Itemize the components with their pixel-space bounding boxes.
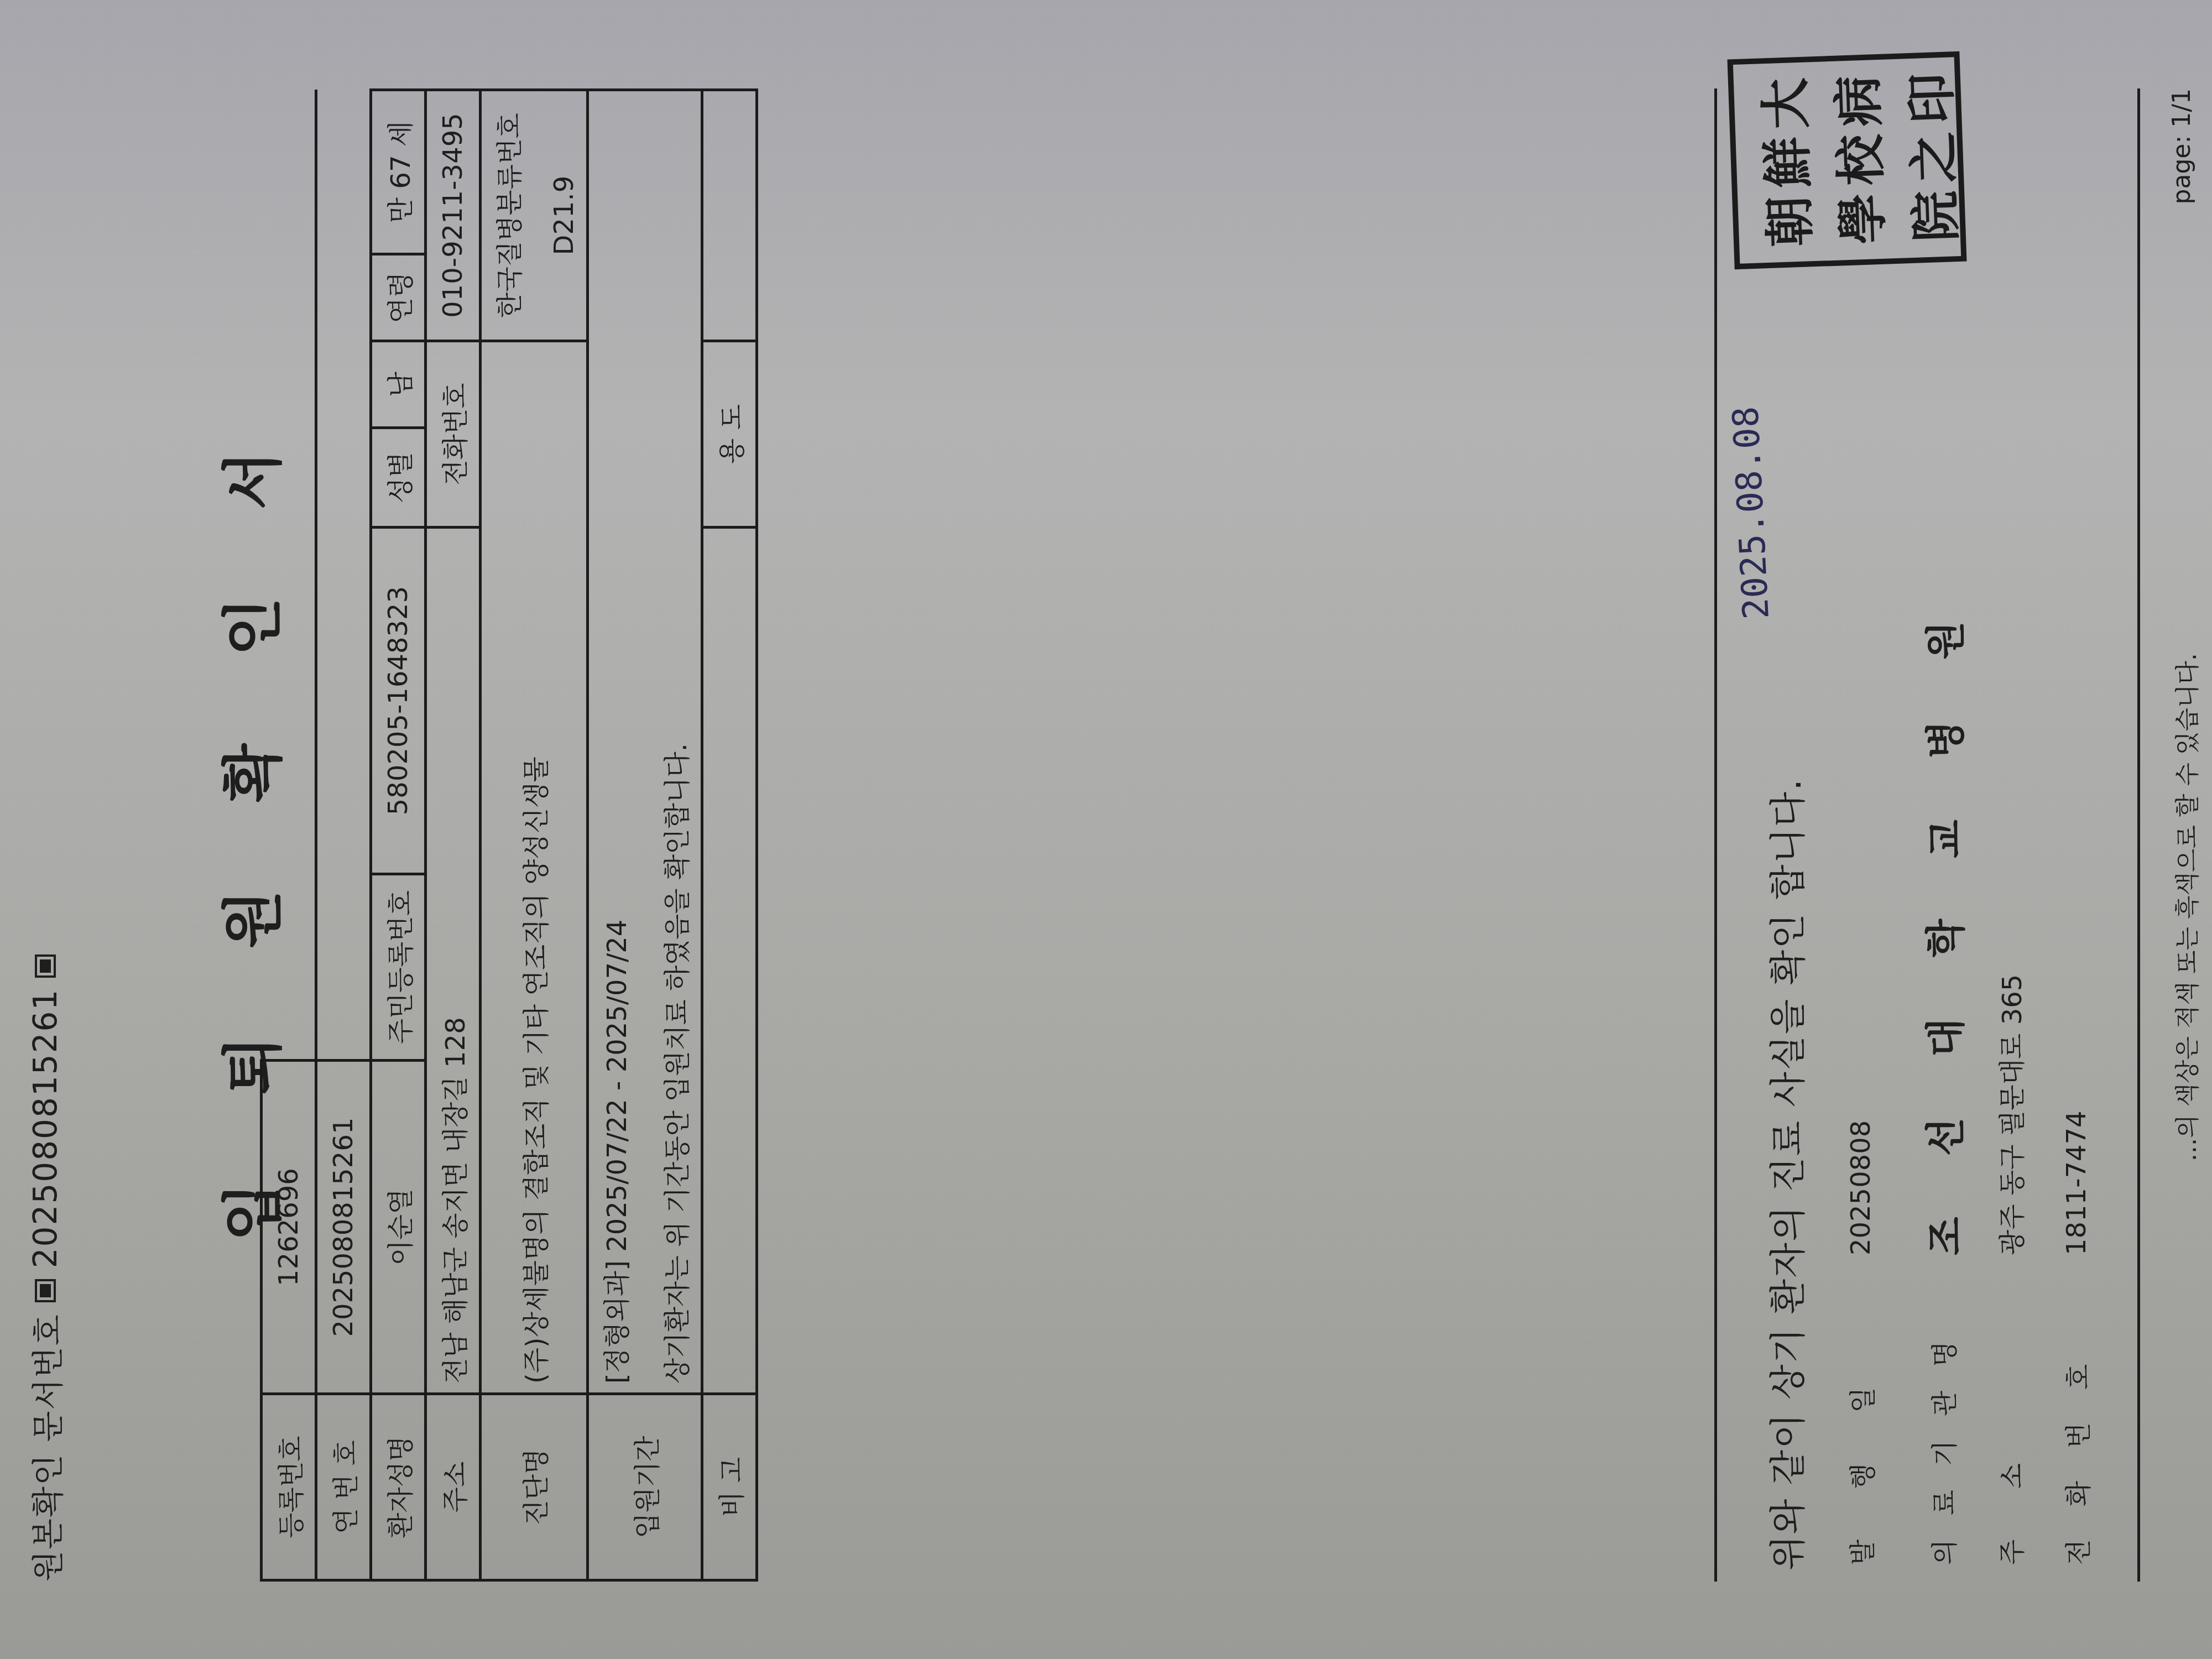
seal-char: 鮮 <box>1746 132 1822 193</box>
admission-period: 2025/07/22 - 2025/07/24 <box>602 920 633 1252</box>
seal-char: 之 <box>1892 127 1968 188</box>
admission-department: [정형외과] <box>602 1260 633 1384</box>
institution-row: 의 료 기 관 명 조선대학교병원 <box>1913 560 1971 1565</box>
purpose-label: 용 도 <box>702 341 757 528</box>
seal-char: 院 <box>1895 186 1970 247</box>
checkbox-square-icon <box>35 954 56 978</box>
phone-label: 전화번호 <box>426 341 481 528</box>
serial-label: 연 번 호 <box>316 1394 371 1580</box>
rrn-label: 주민등록번호 <box>371 874 426 1061</box>
patient-info-table: 등록번호 1262696 연 번 호 2025080815261 환자성명 이순… <box>260 88 758 1582</box>
kcd-cell: 한국질병분류번호 D21.9 <box>481 90 588 341</box>
sex-label: 성별 <box>371 428 426 528</box>
issue-date-label: 발 행 일 <box>1841 1277 1880 1565</box>
page-number: page: 1/1 <box>2168 88 2196 205</box>
doc-number: 2025080815261 <box>27 989 64 1269</box>
institution-address-value: 광주 동구 필문대로 365 <box>1991 974 2029 1255</box>
admission-value: [정형외과] 2025/07/22 - 2025/07/24 상기환자는 위 기… <box>588 90 702 1394</box>
kcd-code: D21.9 <box>549 100 580 331</box>
seal-char: 朝 <box>1749 191 1824 252</box>
original-doc-header: 원본확인 문서번호 2025080815261 <box>22 954 69 1582</box>
age-number: 67 <box>385 155 416 189</box>
age-label: 연령 <box>371 254 426 341</box>
doc-number-label: 원본확인 문서번호 <box>22 1313 69 1582</box>
address-value: 전남 해남군 송지면 내장길 128 <box>426 528 481 1394</box>
patient-name-value: 이순열 <box>371 1061 426 1394</box>
seal-char: 印 <box>1890 68 1965 129</box>
seal-char: 病 <box>1817 70 1892 132</box>
checkbox-square-icon <box>35 1279 56 1302</box>
certification-statement: 위와 같이 상기 환자의 진료 사실을 확인 합니다. <box>1759 778 1811 1571</box>
institution-name: 조선대학교병원 <box>1913 560 1971 1255</box>
admission-label: 입원기간 <box>588 1394 702 1580</box>
institution-phone-row: 전 화 번 호 1811-7474 <box>2057 1110 2095 1565</box>
issue-date-value: 20250808 <box>1845 1120 1876 1255</box>
hospital-seal-icon: 朝 鮮 大 學 校 病 院 之 印 <box>1727 51 1966 269</box>
phone-value: 010-9211-3495 <box>426 90 481 341</box>
institution-address-row: 주 소 광주 동구 필문대로 365 <box>1991 974 2029 1565</box>
reg-no-value: 1262696 <box>262 1061 316 1394</box>
kcd-label: 한국질병분류번호 <box>488 100 526 331</box>
remarks-label: 비 고 <box>702 1394 757 1580</box>
diagnosis-value: (주)상세불명의 결합조직 및 기타 연조직의 양성신생물 <box>481 341 588 1394</box>
patient-name-label: 환자성명 <box>371 1394 426 1580</box>
purpose-value <box>702 90 757 341</box>
institution-address-label: 주 소 <box>1991 1277 2029 1565</box>
seal-char: 校 <box>1819 129 1895 191</box>
admission-note: 상기환자는 위 기간동안 입원치료 하였음을 확인합니다. <box>656 100 694 1384</box>
institution-phone-value: 1811-7474 <box>2061 1110 2092 1255</box>
issue-date-row: 발 행 일 20250808 <box>1841 1120 1880 1565</box>
age-suffix: 세 <box>385 121 416 147</box>
age-value: 만 67 세 <box>371 90 426 254</box>
serial-value: 2025080815261 <box>316 1061 371 1394</box>
remarks-value <box>702 528 757 1394</box>
age-prefix: 만 <box>385 197 416 223</box>
document-page: 원본확인 문서번호 2025080815261 입 퇴 원 확 인 서 등록번호… <box>0 0 2212 1659</box>
reg-no-label: 등록번호 <box>262 1394 316 1580</box>
sex-value: 남 <box>371 341 426 428</box>
seal-char: 大 <box>1745 73 1820 134</box>
footer-note: ...의 색상은 적색 또는 흑색으로 할 수 있습니다. <box>2168 653 2203 1161</box>
institution-label: 의 료 기 관 명 <box>1923 1277 1961 1565</box>
rrn-value: 580205-1648323 <box>371 528 426 874</box>
institution-phone-label: 전 화 번 호 <box>2057 1277 2095 1565</box>
address-label: 주소 <box>426 1394 481 1580</box>
seal-char: 學 <box>1822 188 1897 249</box>
diagnosis-label: 진단명 <box>481 1394 588 1580</box>
